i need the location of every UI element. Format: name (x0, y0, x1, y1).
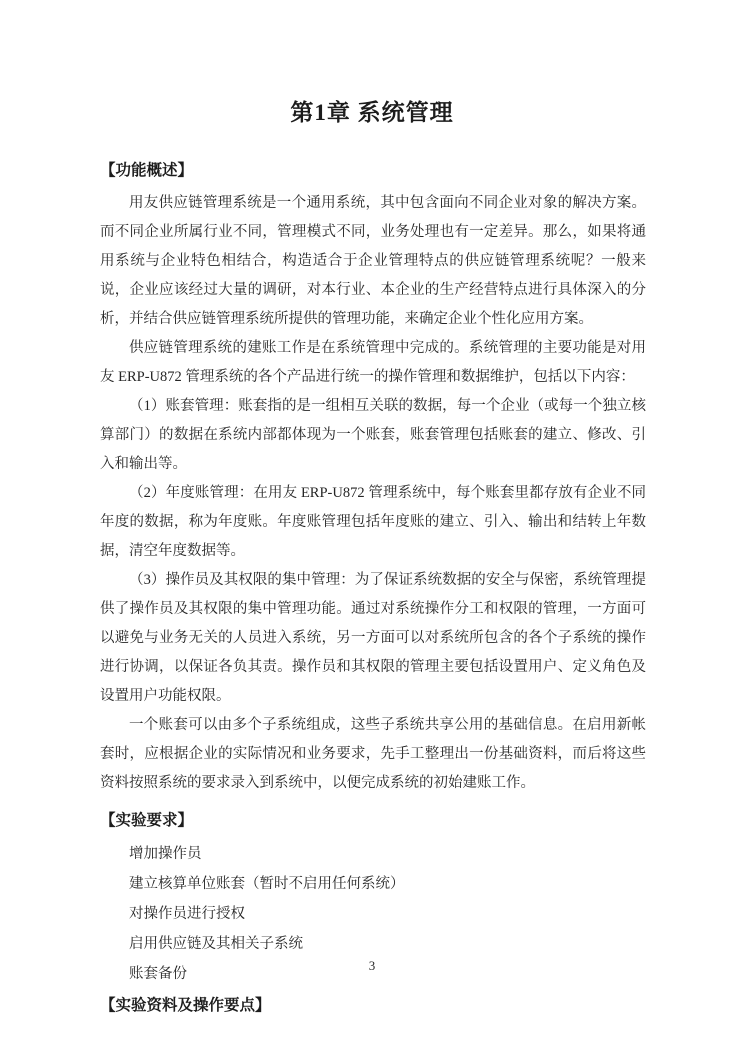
document-content: 【功能概述】 用友供应链管理系统是一个通用系统，其中包含面向不同企业对象的解决方… (100, 160, 646, 1024)
overview-paragraph-1: 用友供应链管理系统是一个通用系统，其中包含面向不同企业对象的解决方案。而不同企业… (100, 189, 646, 334)
overview-paragraph-subsystems: 一个账套可以由多个子系统组成，这些子系统共享公用的基础信息。在启用新帐套时，应根… (100, 711, 646, 798)
requirement-item-authorize-operator: 对操作员进行授权 (100, 899, 646, 929)
requirement-item-add-operator: 增加操作员 (100, 839, 646, 869)
section-heading-experiment-requirements: 【实验要求】 (100, 810, 646, 832)
section-heading-function-overview: 【功能概述】 (100, 160, 646, 182)
requirement-item-enable-supply-chain: 启用供应链及其相关子系统 (100, 929, 646, 959)
page-number: 3 (0, 958, 744, 974)
requirement-item-create-account-set: 建立核算单位账套（暂时不启用任何系统） (100, 869, 646, 899)
document-page: 第1章 系统管理 【功能概述】 用友供应链管理系统是一个通用系统，其中包含面向不… (0, 0, 744, 1052)
overview-paragraph-annual-account-management: （2）年度账管理：在用友 ERP-U872 管理系统中，每个账套里都存放有企业不… (100, 479, 646, 566)
overview-paragraph-account-management: （1）账套管理：账套指的是一组相互关联的数据，每一个企业（或每一个独立核算部门）… (100, 392, 646, 479)
overview-paragraph-2: 供应链管理系统的建账工作是在系统管理中完成的。系统管理的主要功能是对用友 ERP… (100, 334, 646, 392)
overview-paragraph-operator-permission-management: （3）操作员及其权限的集中管理：为了保证系统数据的安全与保密，系统管理提供了操作… (100, 566, 646, 711)
chapter-title: 第1章 系统管理 (0, 94, 744, 127)
section-heading-experiment-materials: 【实验资料及操作要点】 (100, 995, 646, 1017)
